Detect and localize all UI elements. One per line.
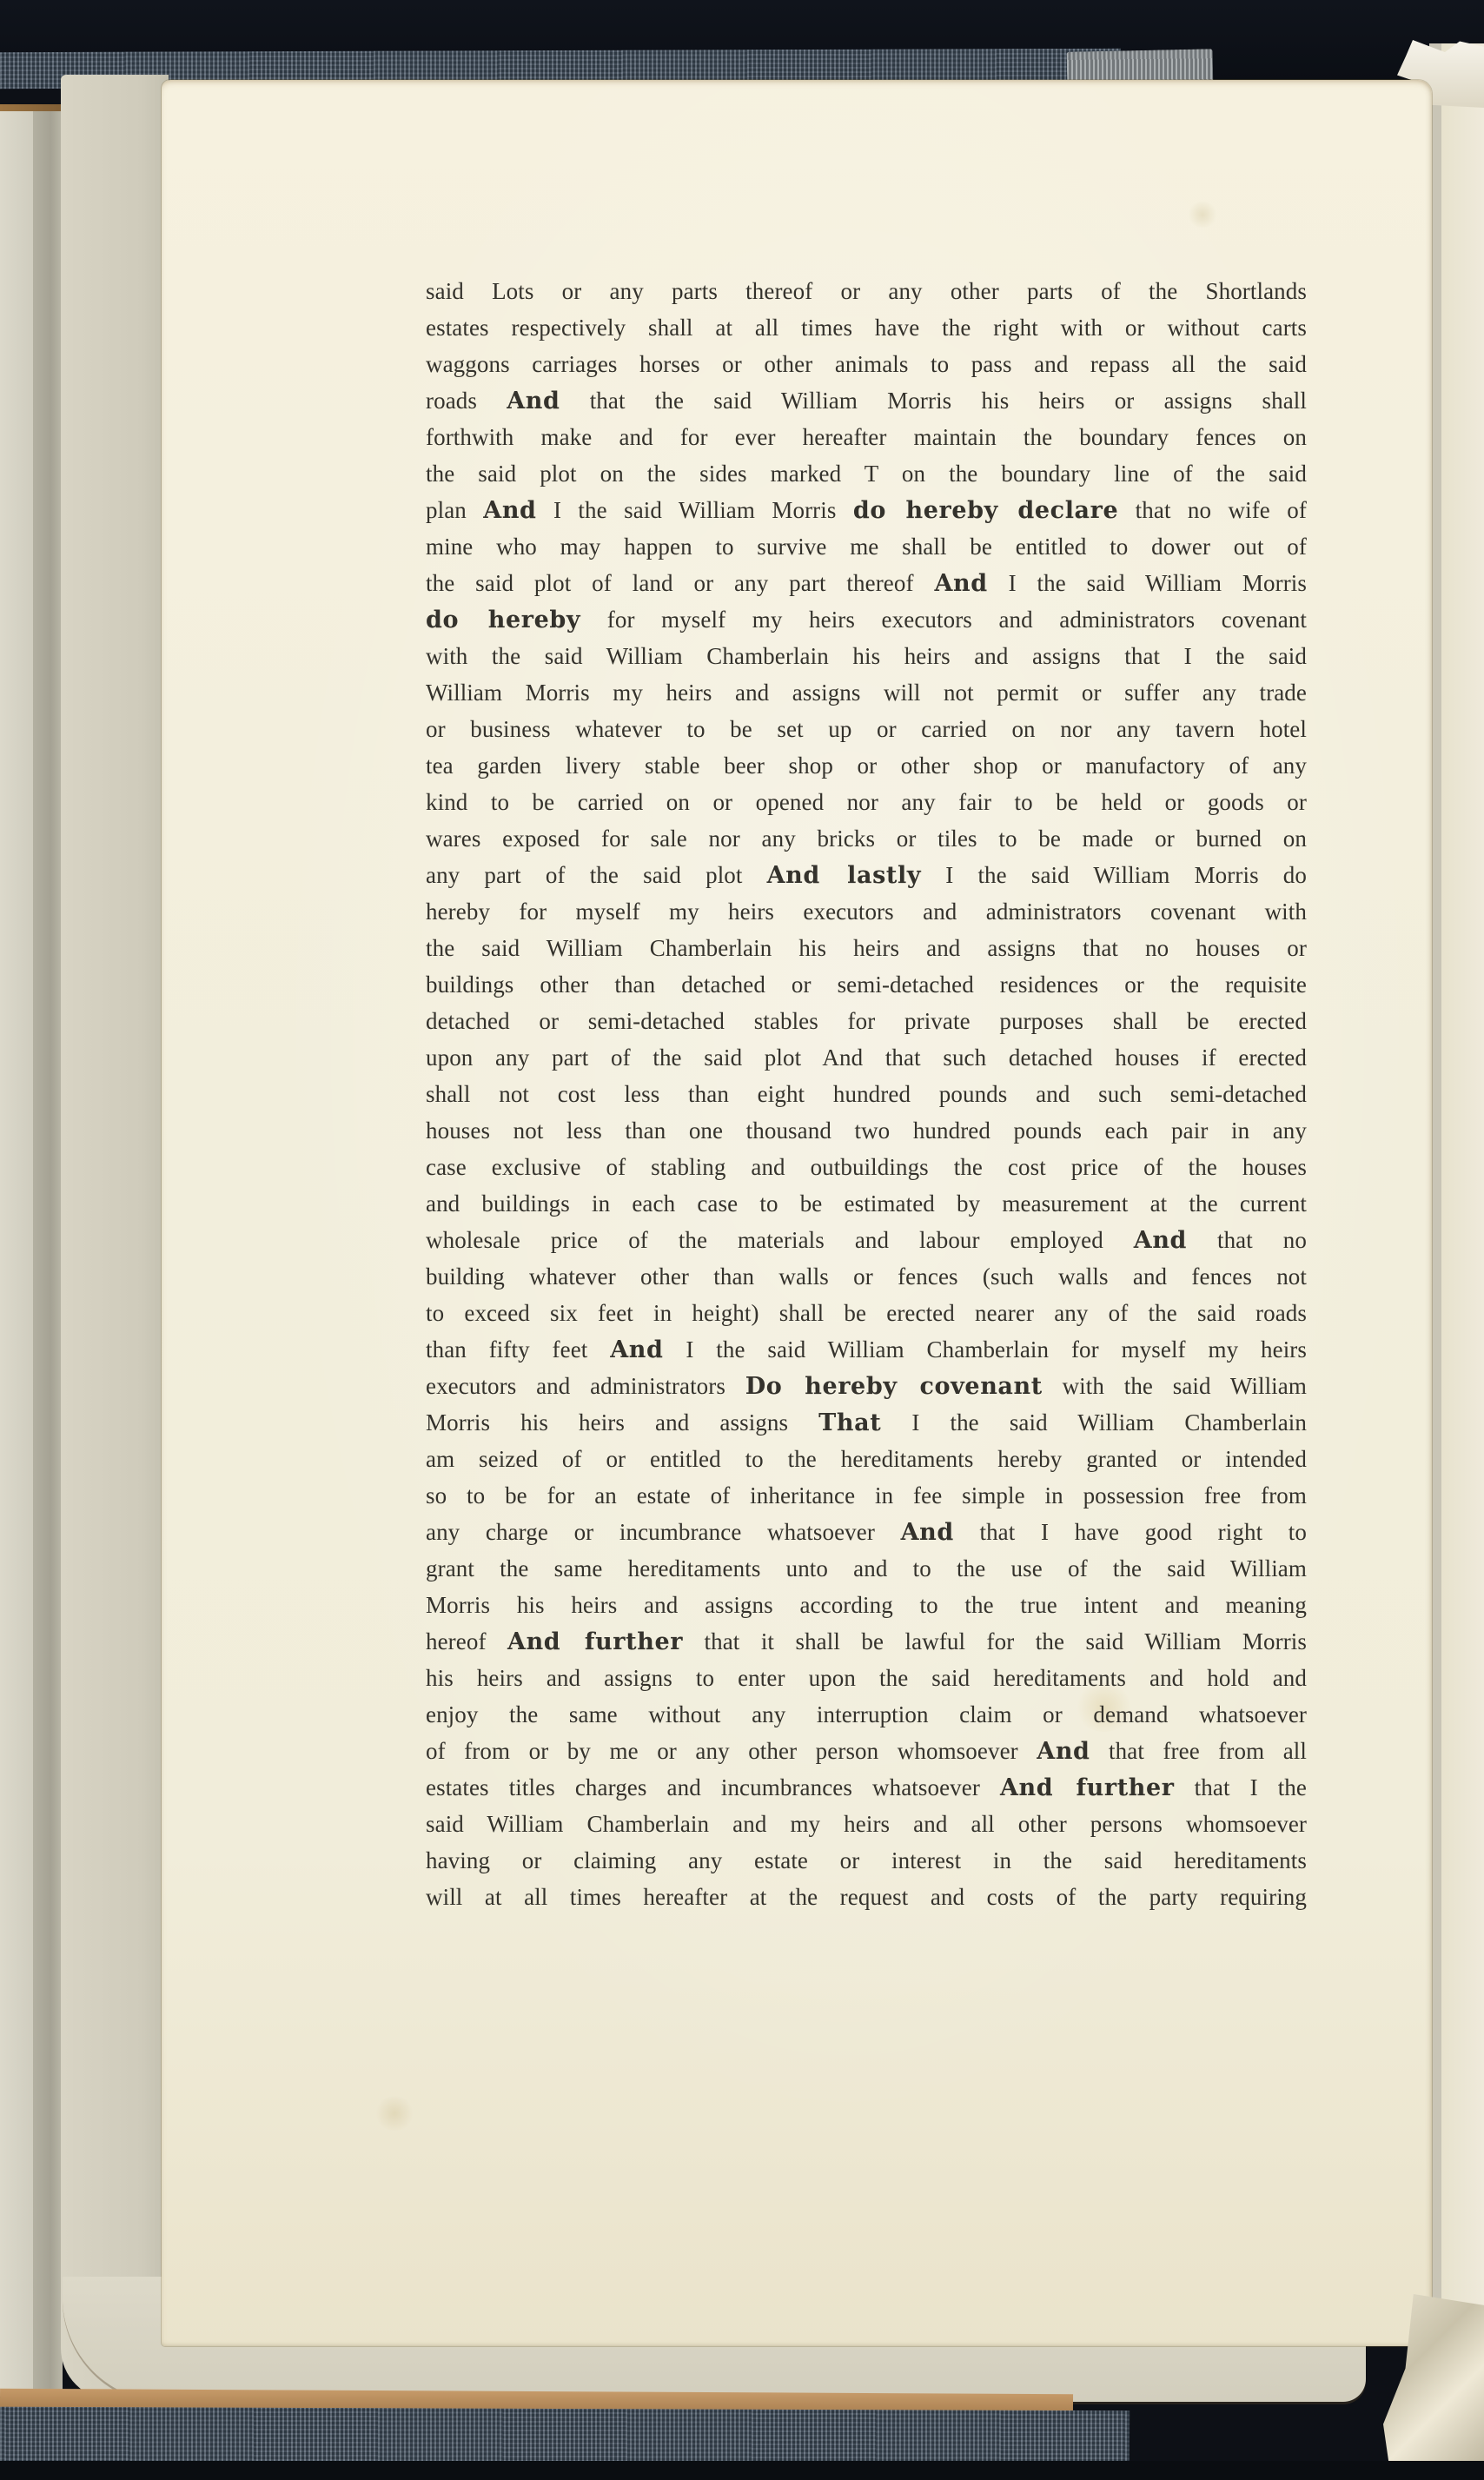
text-line: to exceed six feet in height) shall be e… (426, 1295, 1307, 1331)
text-line: or business whatever to be set up or car… (426, 711, 1307, 747)
document-text: said Lots or any parts thereof or any ot… (426, 273, 1307, 1915)
text-run: that no wife of (1136, 497, 1307, 523)
blackletter-phrase: And (934, 570, 987, 597)
text-run: I the said William Morris (553, 497, 837, 523)
blackletter-phrase: And (483, 497, 536, 524)
text-run: houses not less than one thousand two hu… (426, 1117, 1307, 1144)
text-line: kind to be carried on or opened nor any … (426, 784, 1307, 820)
text-line: hereof And further that it shall be lawf… (426, 1623, 1307, 1660)
text-run: kind to be carried on or opened nor any … (426, 789, 1307, 815)
text-line: hereby for myself my heirs executors and… (426, 893, 1307, 930)
text-run: I the said William Morris do (945, 862, 1307, 888)
blackletter-phrase: And lastly (767, 862, 922, 889)
text-line: the said plot of land or any part thereo… (426, 565, 1307, 601)
text-line: roads And that the said William Morris h… (426, 382, 1307, 419)
text-line: wares exposed for sale nor any bricks or… (426, 820, 1307, 857)
text-line: buildings other than detached or semi-de… (426, 966, 1307, 1003)
text-line: plan And I the said William Morris do he… (426, 492, 1307, 528)
text-line: any part of the said plot And lastly I t… (426, 857, 1307, 893)
book-scan: said Lots or any parts thereof or any ot… (0, 0, 1484, 2480)
text-line: said William Chamberlain and my heirs an… (426, 1806, 1307, 1842)
text-run: estates titles charges and incumbrances … (426, 1774, 980, 1800)
text-run: am seized of or entitled to the heredita… (426, 1446, 1307, 1472)
text-run: that I the (1195, 1774, 1307, 1800)
text-run: having or claiming any estate or interes… (426, 1847, 1307, 1873)
paper-stain (1187, 202, 1218, 228)
text-line: Morris his heirs and assigns That I the … (426, 1404, 1307, 1441)
text-run: that the said William Morris his heirs o… (590, 388, 1307, 414)
text-line: building whatever other than walls or fe… (426, 1258, 1307, 1295)
text-line: forthwith make and for ever hereafter ma… (426, 419, 1307, 455)
blackletter-phrase: And (1134, 1227, 1187, 1254)
text-run: any charge or incumbrance whatsoever (426, 1519, 875, 1545)
text-run: with the said William Chamberlain his he… (426, 643, 1307, 669)
text-line: do hereby for myself my heirs executors … (426, 601, 1307, 638)
text-run: I the said William Morris (1009, 570, 1307, 596)
text-run: hereby for myself my heirs executors and… (426, 899, 1307, 925)
text-line: executors and administrators Do hereby c… (426, 1368, 1307, 1404)
blackletter-phrase: Do hereby covenant (745, 1373, 1043, 1400)
text-run: executors and administrators (426, 1373, 725, 1399)
blackletter-phrase: That (818, 1409, 881, 1436)
blackletter-phrase: do hereby (426, 607, 580, 633)
page-edge-shadow-left (33, 111, 63, 2397)
text-run: wholesale price of the materials and lab… (426, 1227, 1103, 1253)
blackletter-phrase: And (901, 1519, 954, 1546)
text-run: of from or by me or any other person who… (426, 1738, 1018, 1764)
page-edge-right (1429, 43, 1484, 2426)
text-run: for myself my heirs executors and admini… (607, 607, 1307, 633)
text-line: houses not less than one thousand two hu… (426, 1112, 1307, 1149)
text-run: to exceed six feet in height) shall be e… (426, 1300, 1307, 1326)
text-line: mine who may happen to survive me shall … (426, 528, 1307, 565)
text-run: tea garden livery stable beer shop or ot… (426, 753, 1307, 779)
page-edge-stack-left (0, 111, 35, 2397)
text-line: case exclusive of stabling and outbuildi… (426, 1149, 1307, 1185)
text-run: and buildings in each case to be estimat… (426, 1190, 1307, 1217)
text-run: enjoy the same without any interruption … (426, 1701, 1307, 1727)
text-run: buildings other than detached or semi-de… (426, 971, 1307, 998)
text-run: hereof (426, 1628, 487, 1654)
text-line: estates titles charges and incumbrances … (426, 1769, 1307, 1806)
text-run: I the said William Chamberlain (911, 1409, 1307, 1436)
cover-cloth-bottom (0, 2407, 1130, 2469)
text-run: with the said William (1063, 1373, 1307, 1399)
text-run: Morris his heirs and assigns (426, 1409, 788, 1436)
text-line: grant the same hereditaments unto and to… (426, 1550, 1307, 1587)
text-run: grant the same hereditaments unto and to… (426, 1555, 1307, 1581)
text-run: William Morris my heirs and assigns will… (426, 680, 1307, 706)
text-run: building whatever other than walls or fe… (426, 1263, 1307, 1290)
document-page: said Lots or any parts thereof or any ot… (162, 80, 1432, 2346)
text-line: having or claiming any estate or interes… (426, 1842, 1307, 1879)
text-line: am seized of or entitled to the heredita… (426, 1441, 1307, 1477)
text-line: waggons carriages horses or other animal… (426, 346, 1307, 382)
blackletter-phrase: And (507, 388, 560, 414)
text-run: waggons carriages horses or other animal… (426, 351, 1307, 377)
text-run: shall not cost less than eight hundred p… (426, 1081, 1307, 1107)
text-line: enjoy the same without any interruption … (426, 1696, 1307, 1733)
text-run: that no (1217, 1227, 1307, 1253)
text-line: with the said William Chamberlain his he… (426, 638, 1307, 674)
text-line: upon any part of the said plot And that … (426, 1039, 1307, 1076)
text-run: the said plot of land or any part thereo… (426, 570, 914, 596)
text-run: I the said William Chamberlain for mysel… (686, 1336, 1307, 1363)
text-run: wares exposed for sale nor any bricks or… (426, 826, 1307, 852)
text-run: or business whatever to be set up or car… (426, 716, 1307, 742)
text-line: shall not cost less than eight hundred p… (426, 1076, 1307, 1112)
text-run: that free from all (1109, 1738, 1307, 1764)
text-run: mine who may happen to survive me shall … (426, 534, 1307, 560)
text-run: his heirs and assigns to enter upon the … (426, 1665, 1307, 1691)
text-line: Morris his heirs and assigns according t… (426, 1587, 1307, 1623)
text-run: said William Chamberlain and my heirs an… (426, 1811, 1307, 1837)
text-line: detached or semi-detached stables for pr… (426, 1003, 1307, 1039)
book-cover-bottom (0, 2461, 1484, 2480)
underlying-page-left (61, 75, 169, 2400)
blackletter-phrase: And further (1000, 1774, 1175, 1801)
text-line: the said plot on the sides marked T on t… (426, 455, 1307, 492)
text-run: that I have good right to (979, 1519, 1307, 1545)
paper-stain (374, 2096, 414, 2131)
text-line: will at all times hereafter at the reque… (426, 1879, 1307, 1915)
text-run: detached or semi-detached stables for pr… (426, 1008, 1307, 1034)
text-run: than fifty feet (426, 1336, 587, 1363)
text-line: wholesale price of the materials and lab… (426, 1222, 1307, 1258)
text-line: the said William Chamberlain his heirs a… (426, 930, 1307, 966)
text-run: any part of the said plot (426, 862, 743, 888)
text-line: William Morris my heirs and assigns will… (426, 674, 1307, 711)
text-run: plan (426, 497, 467, 523)
text-line: so to be for an estate of inheritance in… (426, 1477, 1307, 1514)
blackletter-phrase: And (1037, 1738, 1090, 1765)
text-run: case exclusive of stabling and outbuildi… (426, 1154, 1307, 1180)
text-line: any charge or incumbrance whatsoever And… (426, 1514, 1307, 1550)
text-run: forthwith make and for ever hereafter ma… (426, 424, 1307, 450)
blackletter-phrase: And (610, 1336, 663, 1363)
text-line: of from or by me or any other person who… (426, 1733, 1307, 1769)
text-run: will at all times hereafter at the reque… (426, 1884, 1307, 1910)
text-run: Morris his heirs and assigns according t… (426, 1592, 1307, 1618)
text-line: and buildings in each case to be estimat… (426, 1185, 1307, 1222)
text-run: that it shall be lawful for the said Wil… (705, 1628, 1308, 1654)
text-line: estates respectively shall at all times … (426, 309, 1307, 346)
text-run: roads (426, 388, 477, 414)
blackletter-phrase: And further (507, 1628, 683, 1655)
text-run: said Lots or any parts thereof or any ot… (426, 278, 1307, 304)
blackletter-phrase: do hereby declare (853, 497, 1118, 524)
text-run: estates respectively shall at all times … (426, 315, 1307, 341)
text-run: so to be for an estate of inheritance in… (426, 1482, 1307, 1509)
text-line: than fifty feet And I the said William C… (426, 1331, 1307, 1368)
text-line: tea garden livery stable beer shop or ot… (426, 747, 1307, 784)
text-run: the said plot on the sides marked T on t… (426, 461, 1307, 487)
text-run: the said William Chamberlain his heirs a… (426, 935, 1307, 961)
text-line: said Lots or any parts thereof or any ot… (426, 273, 1307, 309)
text-line: his heirs and assigns to enter upon the … (426, 1660, 1307, 1696)
text-run: upon any part of the said plot And that … (426, 1044, 1307, 1071)
